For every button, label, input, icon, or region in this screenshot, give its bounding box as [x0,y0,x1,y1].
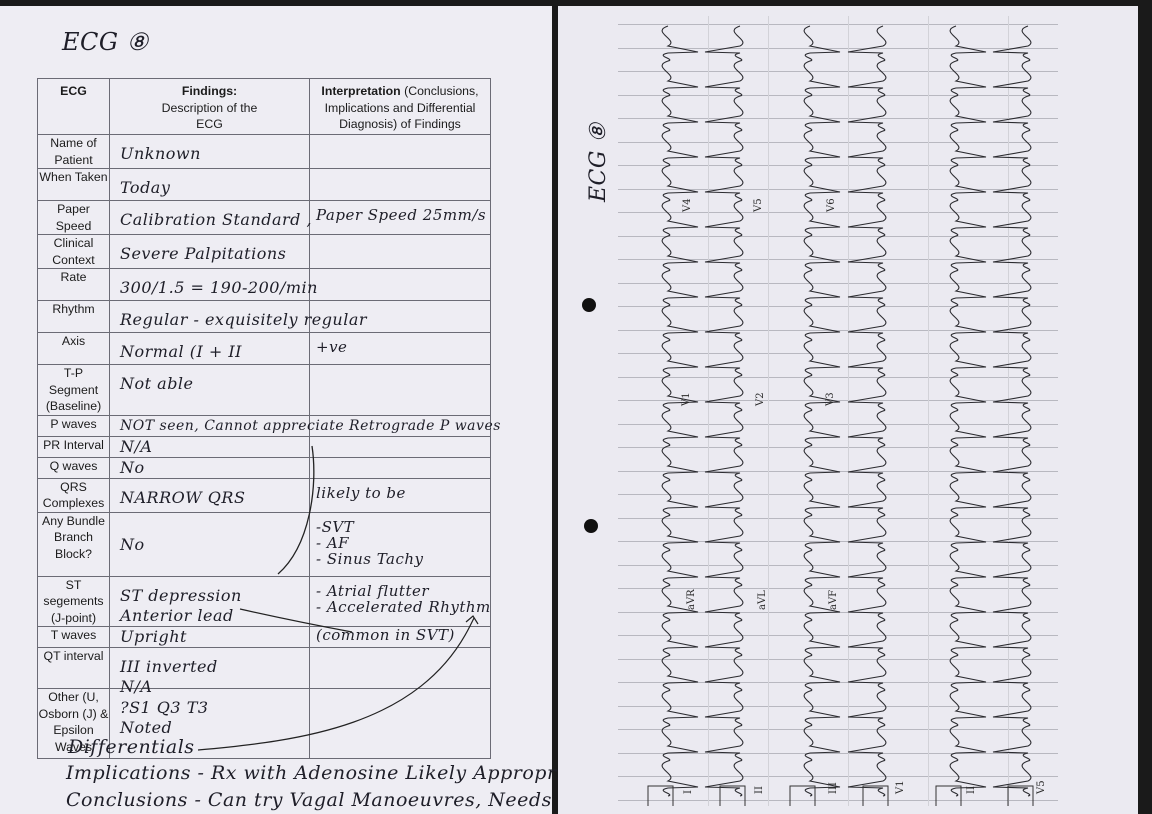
lead-label: V5 [1036,780,1047,794]
lead-label: V3 [825,392,836,406]
lead-label: III [828,782,839,794]
lead-label: I [683,790,694,794]
lead-label: V4 [682,198,693,212]
ecg-lead-trace [705,26,743,796]
ecg-lead-trace [993,26,1031,796]
ecg-lead-trace [950,26,986,796]
punch-hole-top [582,298,596,312]
ecg-lead-trace [848,26,886,796]
ecg-tracing-page: ECG ⑧ V4V5V6V1V2V3aVRaVLaVFIIIIIIV1IIV5 [558,6,1138,814]
lead-label: II [966,786,977,794]
lead-label: aVL [757,590,768,610]
ecg-lead-trace [804,26,840,796]
lead-label: aVF [828,590,839,610]
lead-label: V5 [753,198,764,212]
punch-hole-bottom [584,519,598,533]
lead-label: V1 [895,780,906,794]
lead-label: V6 [826,198,837,212]
ecg-page-title: ECG ⑧ [586,122,611,202]
lead-label: aVR [686,589,697,610]
lead-label: V2 [755,392,766,406]
worksheet-page: ECG ⑧ ECG Findings:Description of the EC… [0,6,552,814]
ecg-lead-trace [662,26,698,796]
lead-label: II [754,786,765,794]
lead-label: V1 [681,392,692,406]
annotation-arrows [0,6,552,814]
ecg-traces [558,6,1138,814]
